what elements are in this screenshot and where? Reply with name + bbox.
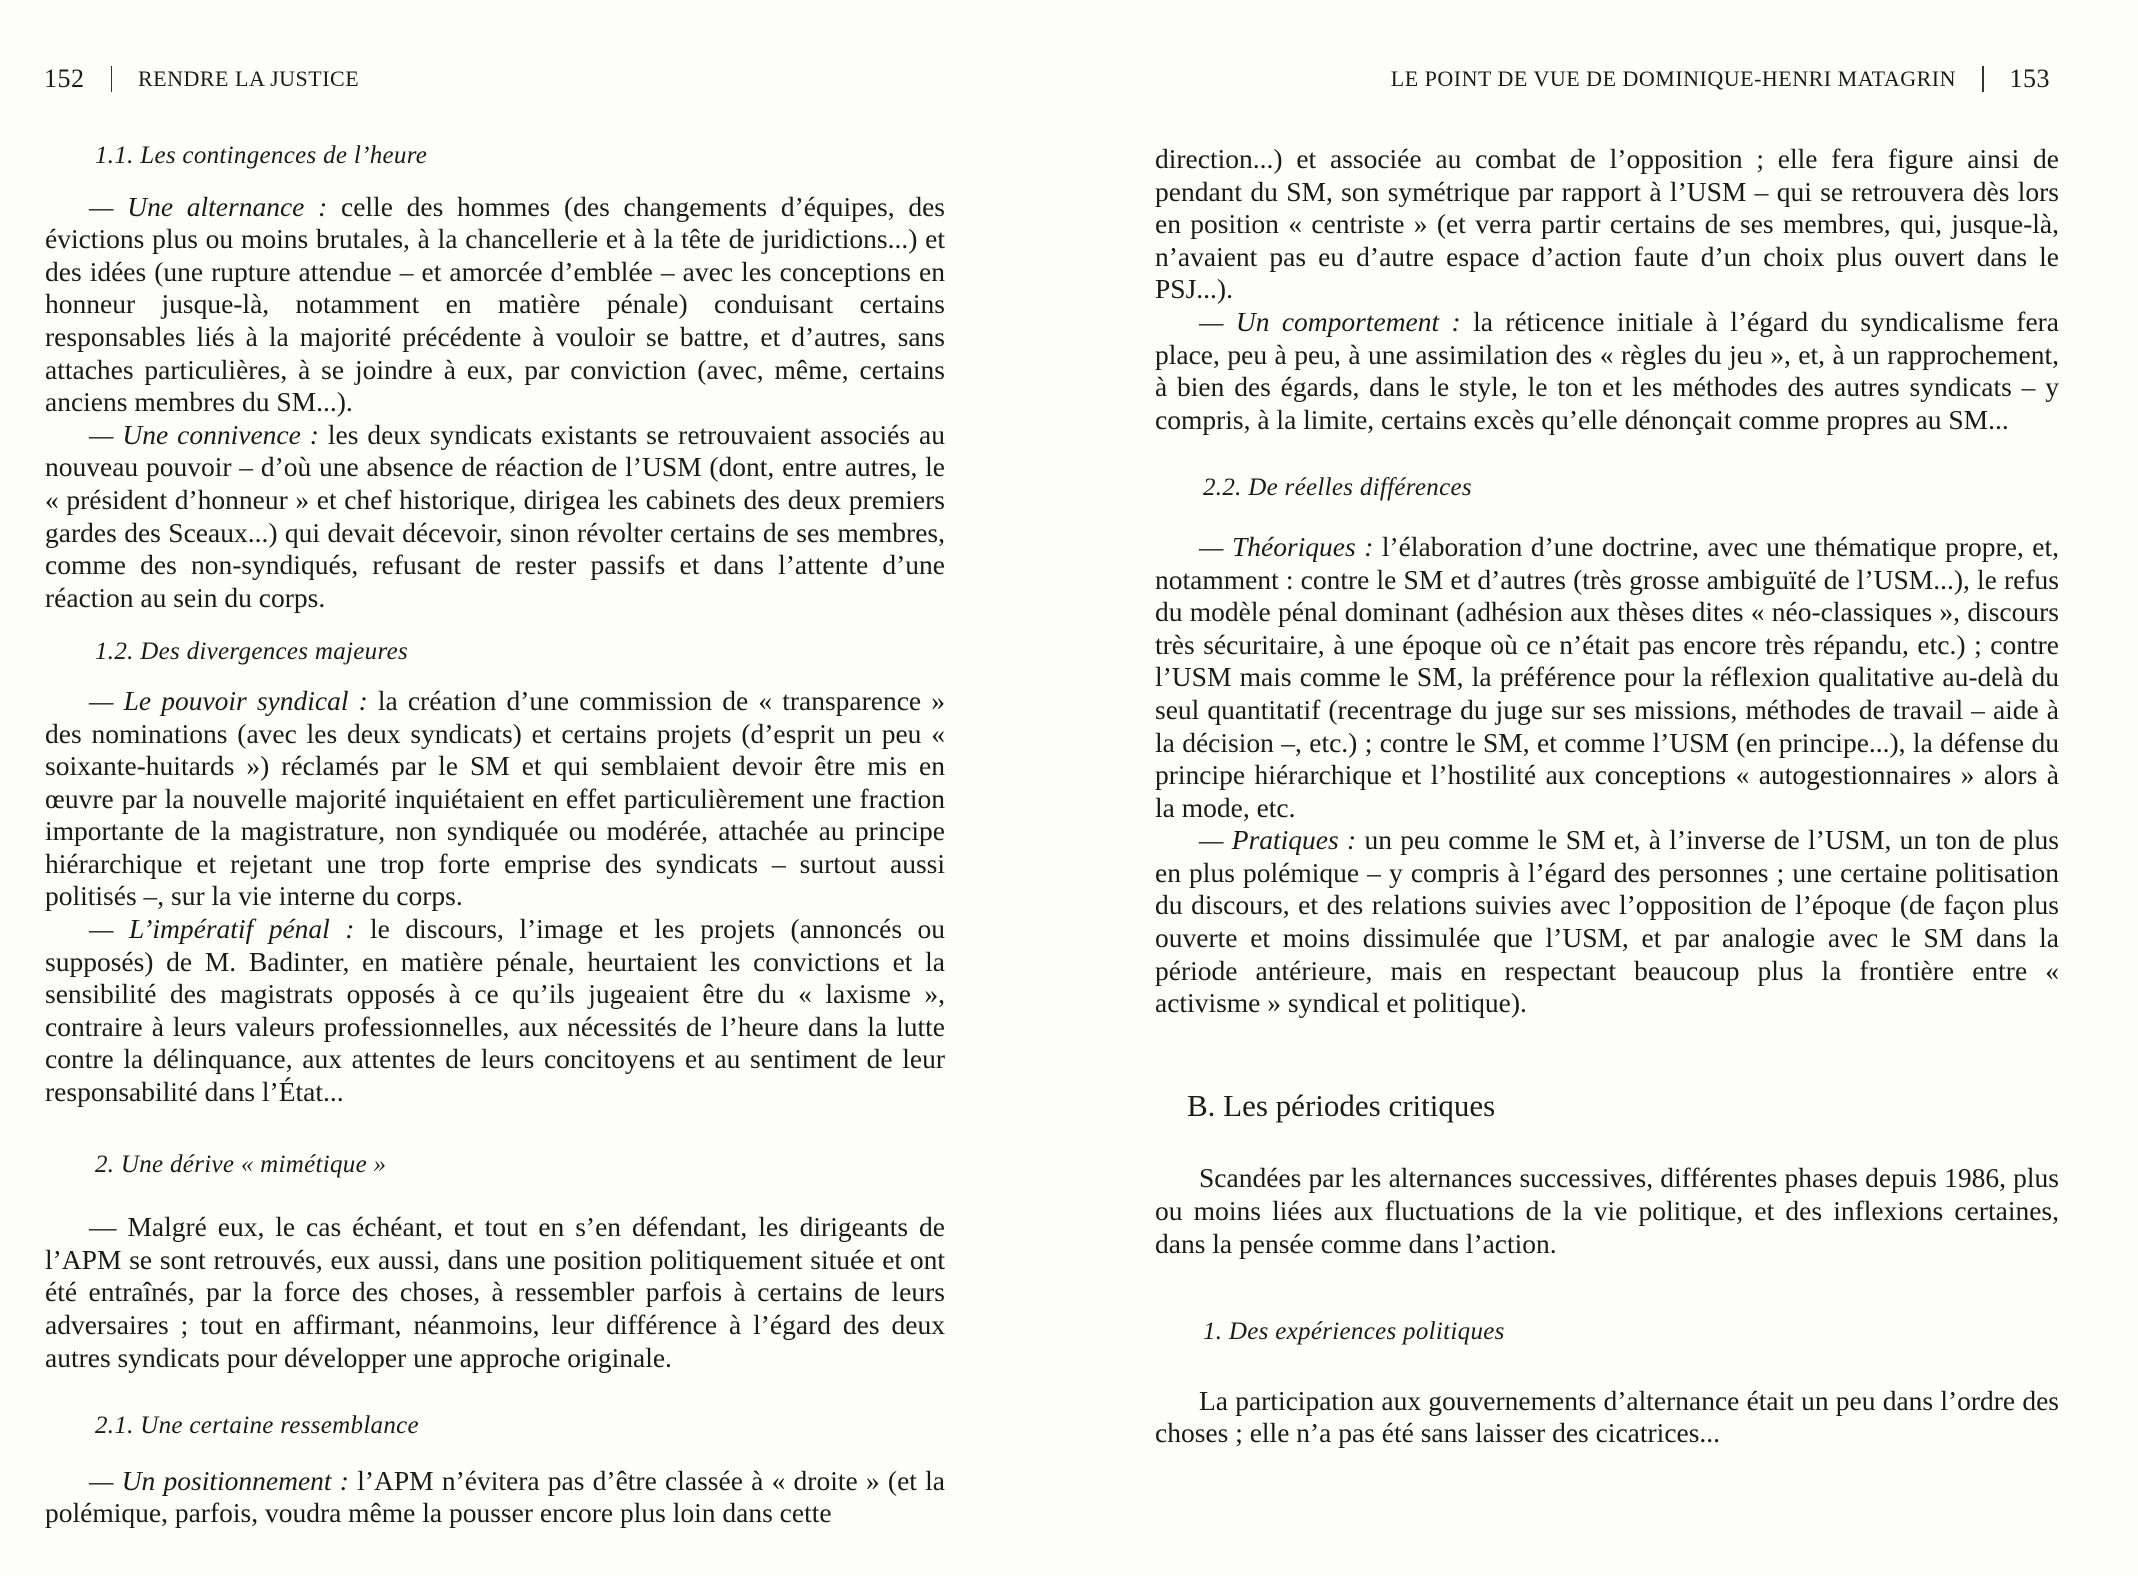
header-divider	[1982, 66, 1984, 92]
paragraph-lead: Une alternance :	[89, 191, 327, 222]
paragraph-dash	[89, 1211, 127, 1242]
running-head-title: LE POINT DE VUE DE DOMINIQUE-HENRI MATAG…	[1391, 66, 1956, 92]
section-heading: 1.2. Des divergences majeures	[45, 636, 945, 669]
left-page: 152 RENDRE LA JUSTICE 1.1. Les contingen…	[0, 0, 1069, 1576]
paragraph: Le pouvoir syndical : la création d’une …	[45, 685, 945, 913]
section-heading: 2.1. Une certaine ressemblance	[45, 1410, 945, 1443]
continuation-paragraph: direction...) et associée au combat de l…	[1155, 143, 2059, 306]
page-number: 153	[2010, 64, 2051, 94]
section-heading-b: B. Les périodes critiques	[1155, 1090, 2059, 1123]
paragraph-lead: Pratiques :	[1199, 824, 1356, 855]
paragraph-lead: Le pouvoir syndical :	[89, 685, 368, 716]
paragraph: Un positionnement : l’APM n’évitera pas …	[45, 1465, 945, 1530]
paragraph-text: la création d’une commission de « transp…	[45, 685, 945, 912]
paragraph-lead: L’impératif pénal :	[89, 913, 354, 944]
paragraph-lead: Une connivence :	[89, 419, 319, 450]
paragraph: Une alternance : celle des hommes (des c…	[45, 191, 945, 419]
paragraph: Malgré eux, le cas échéant, et tout en s…	[45, 1211, 945, 1374]
right-text-column: direction...) et associée au combat de l…	[1155, 143, 2059, 1450]
paragraph: Théoriques : l’élaboration d’une doctrin…	[1155, 531, 2059, 824]
section-heading: 1.1. Les contingences de l’heure	[45, 140, 945, 173]
paragraph-lead: Un comportement :	[1199, 306, 1461, 337]
paragraph: La participation aux gouvernements d’alt…	[1155, 1385, 2059, 1450]
paragraph-lead: Un positionnement :	[89, 1465, 349, 1496]
section-heading: 2. Une dérive « mimétique »	[45, 1149, 945, 1182]
paragraph-text: Malgré eux, le cas échéant, et tout en s…	[45, 1211, 945, 1372]
section-heading: 2.2. De réelles différences	[1155, 472, 2059, 505]
running-head-title: RENDRE LA JUSTICE	[138, 66, 359, 92]
left-text-column: 1.1. Les contingences de l’heure Une alt…	[45, 140, 945, 1530]
paragraph: Une connivence : les deux syndicats exis…	[45, 419, 945, 615]
right-running-head: LE POINT DE VUE DE DOMINIQUE-HENRI MATAG…	[1391, 64, 2050, 94]
paragraph: Scandées par les alternances successives…	[1155, 1162, 2059, 1260]
paragraph: Pratiques : un peu comme le SM et, à l’i…	[1155, 824, 2059, 1020]
right-page: LE POINT DE VUE DE DOMINIQUE-HENRI MATAG…	[1069, 0, 2138, 1576]
header-divider	[111, 66, 113, 92]
paragraph-text: l’élaboration d’une doctrine, avec une t…	[1155, 531, 2059, 823]
section-heading: 1. Des expériences politiques	[1155, 1316, 2059, 1349]
paragraph-lead: Théoriques :	[1199, 531, 1373, 562]
paragraph: Un comportement : la réticence initiale …	[1155, 306, 2059, 436]
paragraph-text: celle des hommes (des changements d’équi…	[45, 191, 945, 418]
page-number: 152	[44, 64, 85, 94]
left-running-head: 152 RENDRE LA JUSTICE	[44, 64, 359, 94]
paragraph: L’impératif pénal : le discours, l’image…	[45, 913, 945, 1109]
